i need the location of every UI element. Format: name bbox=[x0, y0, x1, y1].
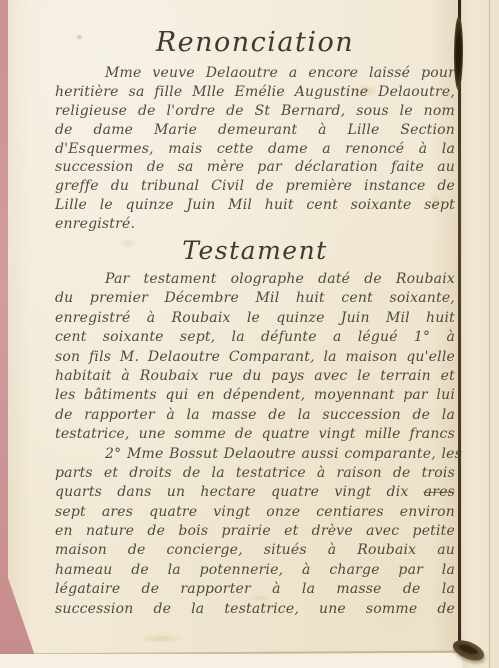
manuscript-line: légataire de rapporter à la masse de la bbox=[55, 580, 455, 599]
manuscript-line: d'Esquermes, mais cette dame a renoncé à… bbox=[55, 140, 455, 159]
manuscript-line: son fils M. Delaoutre Comparant, la mais… bbox=[55, 348, 455, 367]
manuscript-line: quarts dans un hectare quatre vingt dix … bbox=[55, 483, 455, 502]
section-title: Renonciation bbox=[55, 27, 455, 59]
manuscript-line: parts et droits de la testatrice à raiso… bbox=[55, 464, 455, 483]
book-scan: RenonciationMme veuve Delaoutre a encore… bbox=[0, 0, 499, 668]
manuscript-line: du premier Décembre Mil huit cent soixan… bbox=[55, 289, 455, 308]
manuscript-line: cent soixante sept, la défunte a légué 1… bbox=[55, 328, 455, 347]
next-page-edge-line bbox=[489, 0, 490, 668]
manuscript-line: hameau de la potennerie, à charge par la bbox=[55, 561, 455, 580]
manuscript-line: en nature de bois prairie et drève avec … bbox=[55, 522, 455, 541]
manuscript-line: 2° Mme Bossut Delaoutre aussi comparante… bbox=[55, 445, 455, 464]
next-page-edge bbox=[461, 0, 499, 668]
manuscript-line: les bâtiments qui en dépendent, moyennan… bbox=[55, 386, 455, 405]
manuscript-line: Par testament olographe daté de Roubaix bbox=[55, 270, 455, 289]
manuscript-line: religieuse de l'ordre de St Bernard, sou… bbox=[55, 102, 455, 121]
section-title: Testament bbox=[55, 235, 455, 267]
section-body: Par testament olographe daté de Roubaixd… bbox=[55, 270, 455, 619]
manuscript-line: greffe du tribunal Civil de première ins… bbox=[55, 177, 455, 196]
paper-stain bbox=[138, 634, 184, 643]
manuscript-line: habitait à Roubaix rue du pays avec le t… bbox=[55, 367, 455, 386]
manuscript-line: Lille le quinze Juin Mil huit cent soixa… bbox=[55, 196, 455, 215]
manuscript-line: sept ares quatre vingt onze centiares en… bbox=[55, 503, 455, 522]
under-page bbox=[0, 654, 462, 668]
manuscript-line: maison de concierge, situés à Roubaix au bbox=[55, 541, 455, 560]
manuscript-line: heritière sa fille Mlle Emélie Augustine… bbox=[55, 83, 455, 102]
manuscript-line: Mme veuve Delaoutre a encore laissé pour bbox=[55, 64, 455, 83]
manuscript-page: RenonciationMme veuve Delaoutre a encore… bbox=[8, 0, 462, 653]
manuscript-line: de dame Marie demeurant à Lille Section bbox=[55, 121, 455, 140]
binding-edge bbox=[458, 0, 461, 650]
text-block: RenonciationMme veuve Delaoutre a encore… bbox=[55, 0, 455, 619]
manuscript-line: enregistré à Roubaix le quinze Juin Mil … bbox=[55, 309, 455, 328]
manuscript-line: de rapporter à la masse de la succession… bbox=[55, 406, 455, 425]
manuscript-line: enregistré. bbox=[55, 215, 455, 234]
manuscript-line: succession de sa mère par déclaration fa… bbox=[55, 158, 455, 177]
manuscript-line: succession de la testatrice, une somme d… bbox=[55, 600, 455, 619]
section-body: Mme veuve Delaoutre a encore laissé pour… bbox=[55, 64, 455, 234]
manuscript-line: testatrice, une somme de quatre vingt mi… bbox=[55, 425, 455, 444]
